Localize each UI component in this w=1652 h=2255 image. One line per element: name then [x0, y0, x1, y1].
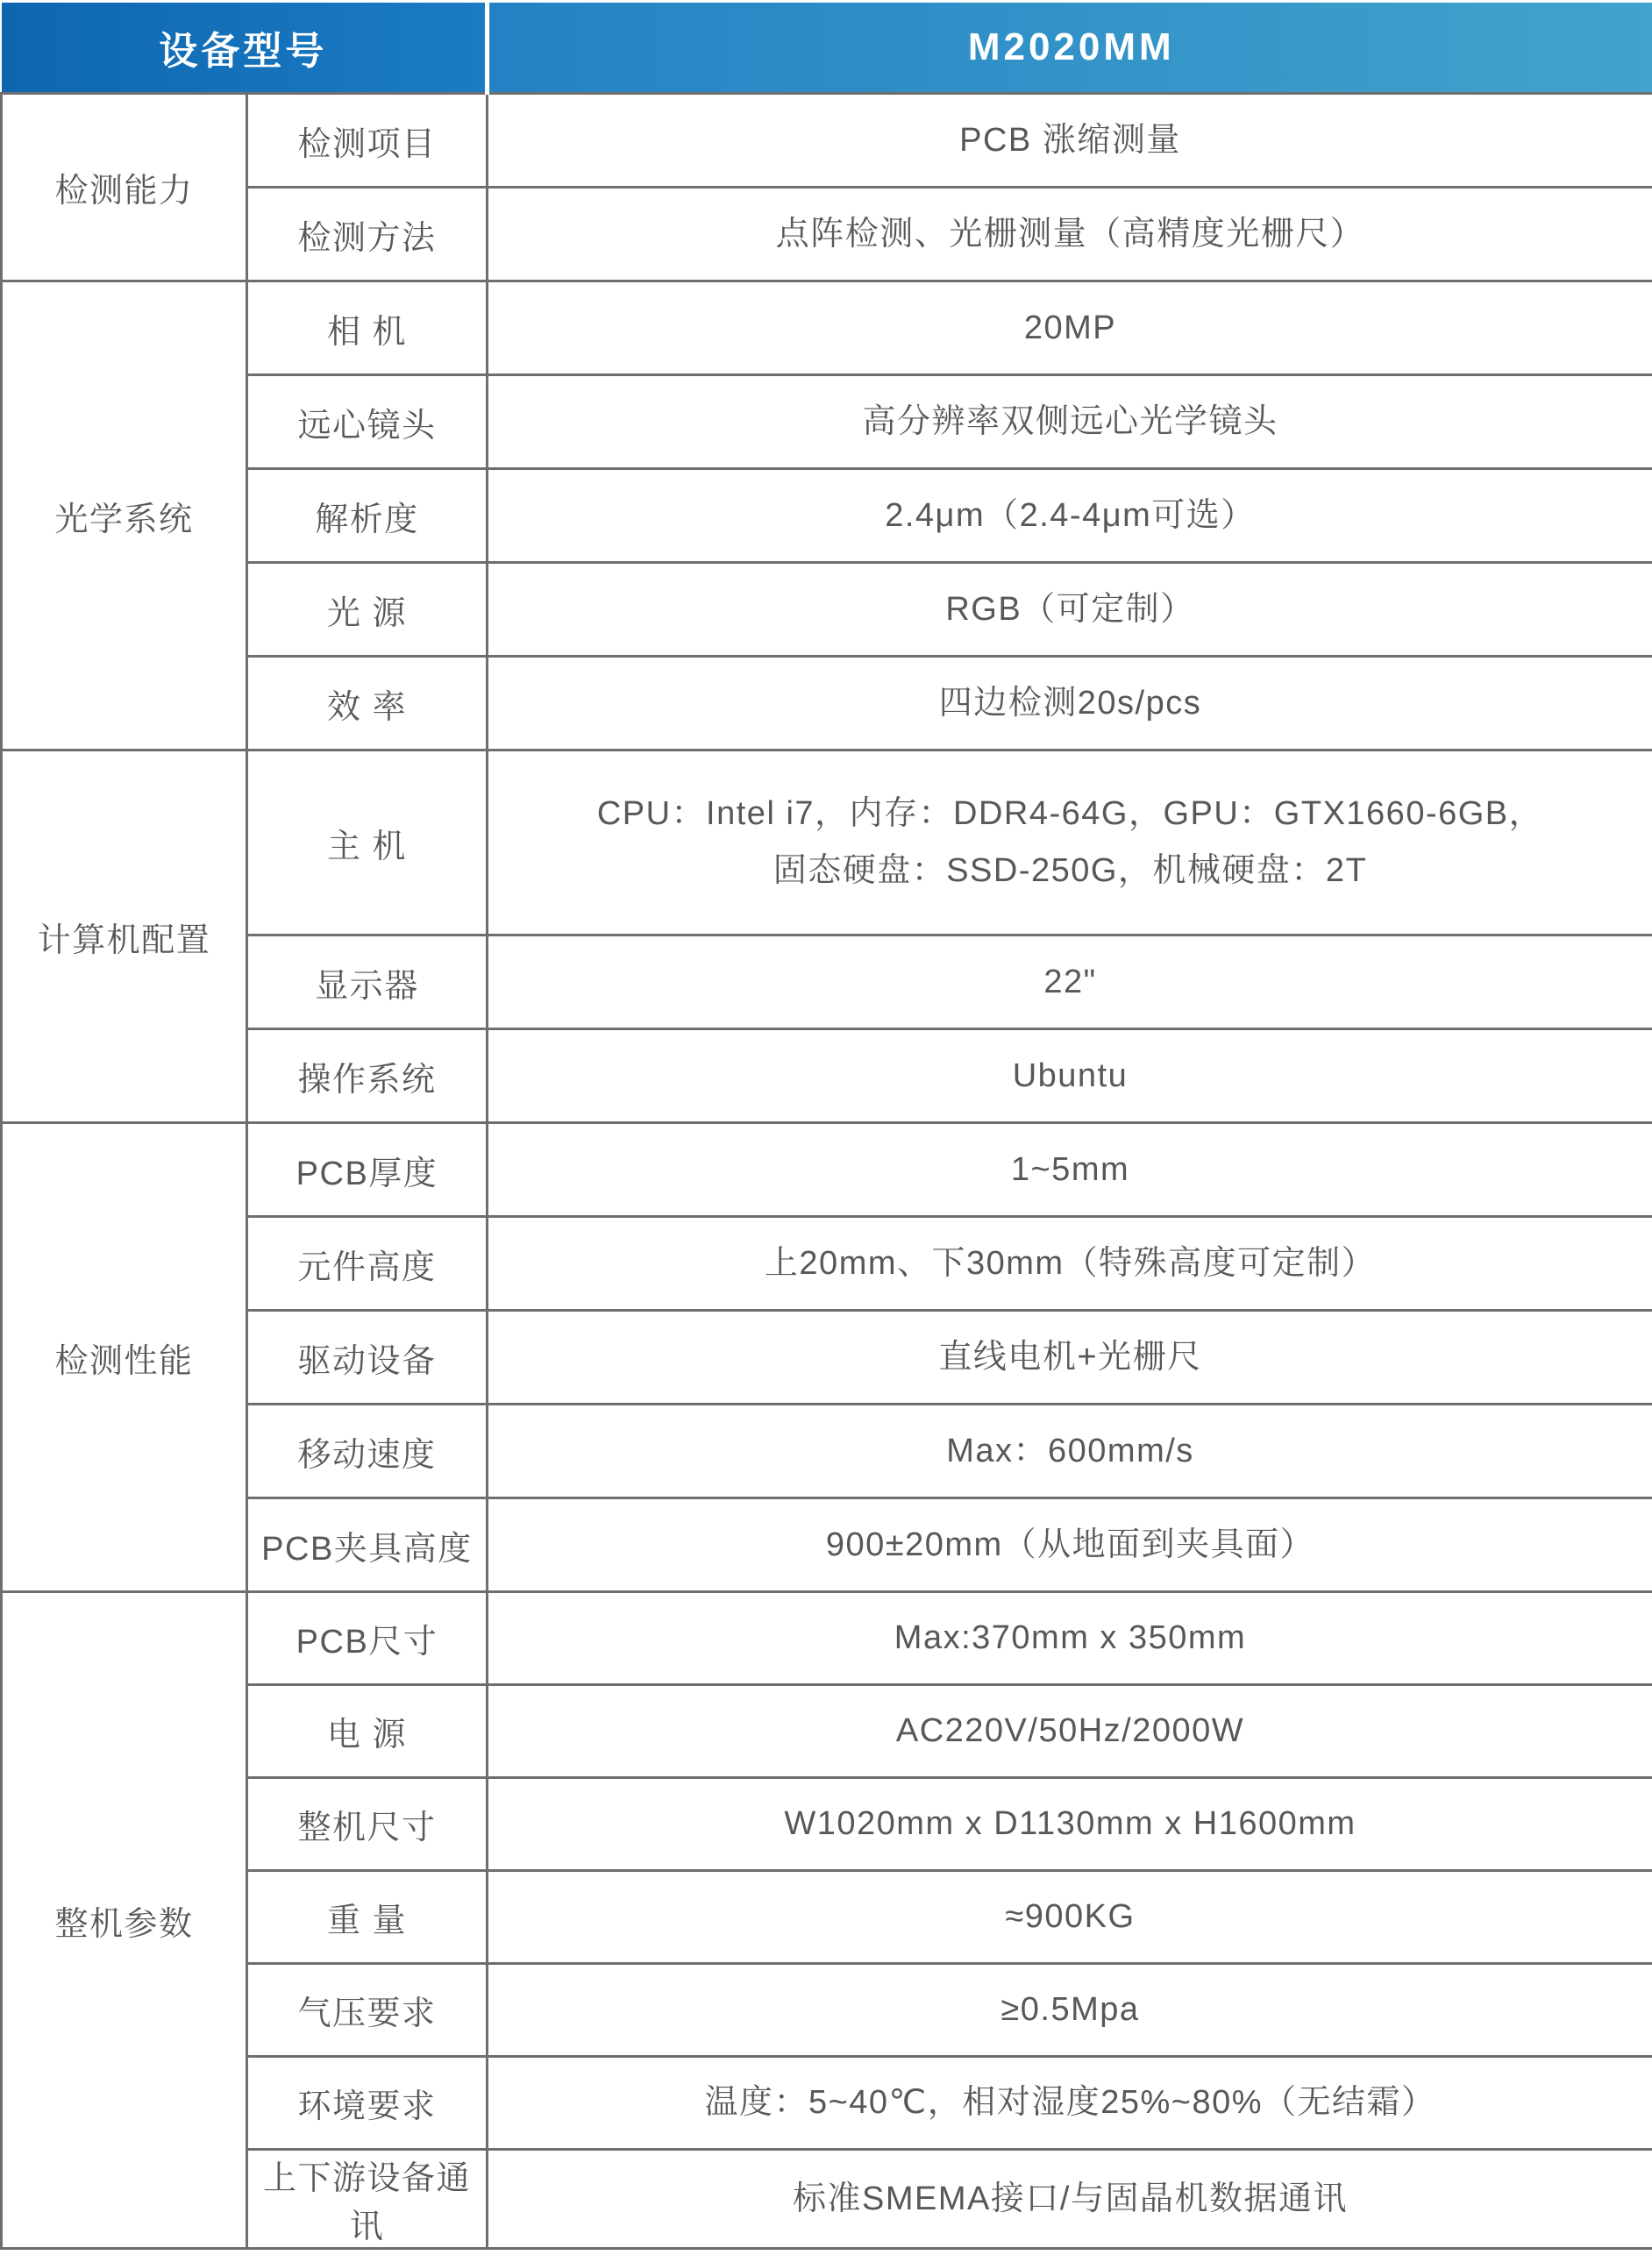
spec-label: 光 源: [247, 563, 488, 657]
spec-label: 重 量: [247, 1871, 488, 1964]
device-model-header-value: M2020MM: [488, 3, 1652, 94]
spec-value: 高分辨率双侧远心光学镜头: [488, 375, 1652, 469]
spec-value: 22": [488, 935, 1652, 1029]
group-cell-optical-system: 光学系统: [2, 281, 247, 750]
spec-value: Max：600mm/s: [488, 1405, 1652, 1498]
spec-value: Max:370mm x 350mm: [488, 1592, 1652, 1685]
spec-label: 操作系统: [247, 1029, 488, 1123]
spec-label: 上下游设备通讯: [247, 2150, 488, 2249]
spec-row: 环境要求 温度：5~40℃，相对湿度25%~80%（无结霜）: [2, 2057, 1652, 2150]
spec-row: 整机参数 PCB尺寸 Max:370mm x 350mm: [2, 1592, 1652, 1685]
group-cell-computer-config: 计算机配置: [2, 750, 247, 1123]
spec-value: 标准SMEMA接口/与固晶机数据通讯: [488, 2150, 1652, 2249]
spec-value: 温度：5~40℃，相对湿度25%~80%（无结霜）: [488, 2057, 1652, 2150]
spec-label: PCB夹具高度: [247, 1498, 488, 1592]
spec-label: 气压要求: [247, 1964, 488, 2057]
spec-value: CPU：Intel i7，内存：DDR4-64G，GPU：GTX1660-6GB…: [488, 750, 1652, 935]
spec-value: ≥0.5Mpa: [488, 1964, 1652, 2057]
spec-value: 20MP: [488, 281, 1652, 375]
spec-label: 环境要求: [247, 2057, 488, 2150]
spec-row: 光学系统 相 机 20MP: [2, 281, 1652, 375]
spec-row: 上下游设备通讯 标准SMEMA接口/与固晶机数据通讯: [2, 2150, 1652, 2249]
spec-value: 上20mm、下30mm（特殊高度可定制）: [488, 1217, 1652, 1311]
spec-label: 检测方法: [247, 188, 488, 281]
spec-value: 四边检测20s/pcs: [488, 657, 1652, 750]
spec-row: 元件高度 上20mm、下30mm（特殊高度可定制）: [2, 1217, 1652, 1311]
group-cell-detection-capability: 检测能力: [2, 94, 247, 281]
spec-label: 显示器: [247, 935, 488, 1029]
spec-row: 电 源 AC220V/50Hz/2000W: [2, 1685, 1652, 1778]
spec-value: 1~5mm: [488, 1123, 1652, 1217]
spec-row: 显示器 22": [2, 935, 1652, 1029]
spec-value: 点阵检测、光栅测量（高精度光栅尺）: [488, 188, 1652, 281]
spec-label: 电 源: [247, 1685, 488, 1778]
spec-label: 元件高度: [247, 1217, 488, 1311]
spec-label: 驱动设备: [247, 1311, 488, 1405]
spec-row: 效 率 四边检测20s/pcs: [2, 657, 1652, 750]
spec-row: 检测方法 点阵检测、光栅测量（高精度光栅尺）: [2, 188, 1652, 281]
spec-value: ≈900KG: [488, 1871, 1652, 1964]
spec-row: 整机尺寸 W1020mm x D1130mm x H1600mm: [2, 1778, 1652, 1871]
spec-value: 900±20mm（从地面到夹具面）: [488, 1498, 1652, 1592]
spec-value: RGB（可定制）: [488, 563, 1652, 657]
spec-row: 解析度 2.4μm（2.4-4μm可选）: [2, 469, 1652, 563]
spec-row: 远心镜头 高分辨率双侧远心光学镜头: [2, 375, 1652, 469]
spec-label: 检测项目: [247, 94, 488, 188]
spec-value: PCB 涨缩测量: [488, 94, 1652, 188]
spec-value: W1020mm x D1130mm x H1600mm: [488, 1778, 1652, 1871]
group-cell-detection-performance: 检测性能: [2, 1123, 247, 1592]
group-cell-machine-parameters: 整机参数: [2, 1592, 247, 2249]
spec-row: 光 源 RGB（可定制）: [2, 563, 1652, 657]
spec-label: 相 机: [247, 281, 488, 375]
spec-value: 直线电机+光栅尺: [488, 1311, 1652, 1405]
spec-row: 计算机配置 主 机 CPU：Intel i7，内存：DDR4-64G，GPU：G…: [2, 750, 1652, 935]
spec-row: 驱动设备 直线电机+光栅尺: [2, 1311, 1652, 1405]
spec-sheet-page: 设备型号 M2020MM 检测能力 检测项目 PCB 涨缩测量 检测方法 点阵检…: [0, 0, 1652, 2255]
spec-value: 2.4μm（2.4-4μm可选）: [488, 469, 1652, 563]
spec-row: 移动速度 Max：600mm/s: [2, 1405, 1652, 1498]
spec-row: 检测能力 检测项目 PCB 涨缩测量: [2, 94, 1652, 188]
spec-label: 远心镜头: [247, 375, 488, 469]
spec-table: 设备型号 M2020MM 检测能力 检测项目 PCB 涨缩测量 检测方法 点阵检…: [0, 3, 1652, 2250]
spec-label: PCB厚度: [247, 1123, 488, 1217]
spec-label: 整机尺寸: [247, 1778, 488, 1871]
header-row: 设备型号 M2020MM: [2, 3, 1652, 94]
spec-row: 操作系统 Ubuntu: [2, 1029, 1652, 1123]
spec-label: 效 率: [247, 657, 488, 750]
spec-row: 重 量 ≈900KG: [2, 1871, 1652, 1964]
spec-label: 移动速度: [247, 1405, 488, 1498]
spec-label: 解析度: [247, 469, 488, 563]
device-model-header-label: 设备型号: [2, 3, 488, 94]
spec-label: 主 机: [247, 750, 488, 935]
spec-row: 气压要求 ≥0.5Mpa: [2, 1964, 1652, 2057]
spec-value: Ubuntu: [488, 1029, 1652, 1123]
spec-label: PCB尺寸: [247, 1592, 488, 1685]
spec-value: AC220V/50Hz/2000W: [488, 1685, 1652, 1778]
spec-row: 检测性能 PCB厚度 1~5mm: [2, 1123, 1652, 1217]
spec-row: PCB夹具高度 900±20mm（从地面到夹具面）: [2, 1498, 1652, 1592]
